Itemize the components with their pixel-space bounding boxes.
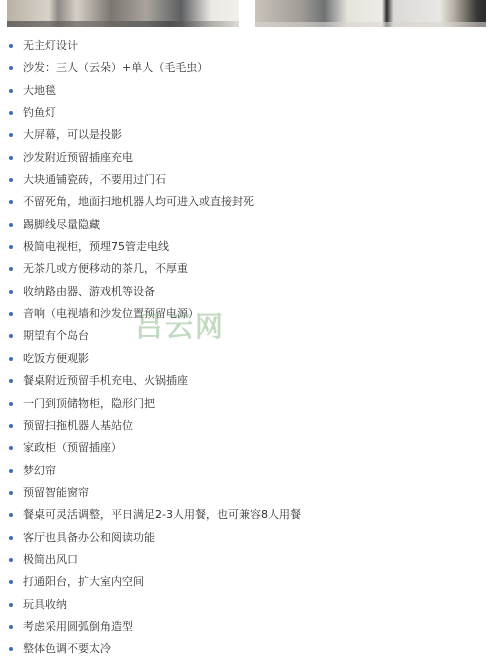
- list-item-text: 一门到顶储物柜，隐形门把: [23, 397, 155, 410]
- bullet-icon: [9, 603, 13, 607]
- living-room-photo: [7, 0, 239, 27]
- list-item: 吃饭方便观影: [0, 348, 500, 370]
- list-item-text: 期望有个岛台: [23, 329, 89, 342]
- list-item-text: 极简电视柜，预埋75管走电线: [23, 240, 169, 253]
- list-item: 音响（电视墙和沙发位置预留电源）: [0, 303, 500, 325]
- bullet-icon: [9, 446, 13, 450]
- bullet-icon: [9, 223, 13, 227]
- list-item: 打通阳台，扩大室内空间: [0, 571, 500, 593]
- list-item: 无茶几或方便移动的茶几，不厚重: [0, 258, 500, 280]
- list-item-text: 踢脚线尽量隐藏: [23, 218, 100, 231]
- list-item-text: 吃饭方便观影: [23, 352, 89, 365]
- list-item-text: 整体色调不要太冷: [23, 642, 111, 655]
- bullet-icon: [9, 89, 13, 93]
- bullet-icon: [9, 580, 13, 584]
- list-item: 考虑采用圆弧倒角造型: [0, 616, 500, 638]
- list-item-text: 无茶几或方便移动的茶几，不厚重: [23, 262, 188, 275]
- list-item-text: 收纳路由器、游戏机等设备: [23, 285, 155, 298]
- list-item: 沙发附近预留插座充电: [0, 147, 500, 169]
- bullet-icon: [9, 200, 13, 204]
- list-item: 整体色调不要太冷: [0, 638, 500, 660]
- list-item: 一门到顶储物柜，隐形门把: [0, 393, 500, 415]
- list-item-text: 音响（电视墙和沙发位置预留电源）: [23, 307, 199, 320]
- list-item-text: 梦幻帘: [23, 464, 56, 477]
- list-item-text: 钓鱼灯: [23, 106, 56, 119]
- list-item: 收纳路由器、游戏机等设备: [0, 281, 500, 303]
- list-item-text: 餐桌可灵活调整，平日满足2-3人用餐，也可兼容8人用餐: [23, 508, 301, 521]
- list-item: 餐桌附近预留手机充电、火锅插座: [0, 370, 500, 392]
- list-item: 梦幻帘: [0, 460, 500, 482]
- dining-area-photo: [255, 0, 486, 27]
- list-item: 钓鱼灯: [0, 102, 500, 124]
- bullet-icon: [9, 178, 13, 182]
- list-item: 踢脚线尽量隐藏: [0, 214, 500, 236]
- list-item-text: 考虑采用圆弧倒角造型: [23, 620, 133, 633]
- bullet-icon: [9, 402, 13, 406]
- list-item-text: 极简出风口: [23, 553, 78, 566]
- list-item-text: 餐桌附近预留手机充电、火锅插座: [23, 374, 188, 387]
- list-item-text: 无主灯设计: [23, 39, 78, 52]
- list-item-text: 不留死角，地面扫地机器人均可进入或直接封死: [23, 195, 254, 208]
- list-item-text: 沙发：三人（云朵）+单人（毛毛虫）: [23, 61, 208, 74]
- list-item: 玩具收纳: [0, 594, 500, 616]
- list-item: 极简出风口: [0, 549, 500, 571]
- list-item: 大块通铺瓷砖，不要用过门石: [0, 169, 500, 191]
- bullet-icon: [9, 469, 13, 473]
- list-item: 沙发：三人（云朵）+单人（毛毛虫）: [0, 57, 500, 79]
- bullet-icon: [9, 267, 13, 271]
- list-item-text: 沙发附近预留插座充电: [23, 151, 133, 164]
- bullet-icon: [9, 424, 13, 428]
- list-item-text: 预留智能窗帘: [23, 486, 89, 499]
- bullet-icon: [9, 312, 13, 316]
- bullet-icon: [9, 111, 13, 115]
- bullet-icon: [9, 66, 13, 70]
- list-item: 预留智能窗帘: [0, 482, 500, 504]
- list-item-text: 大屏幕，可以是投影: [23, 128, 122, 141]
- list-item-text: 大块通铺瓷砖，不要用过门石: [23, 173, 166, 186]
- bullet-icon: [9, 513, 13, 517]
- bullet-icon: [9, 156, 13, 160]
- list-item: 大地毯: [0, 80, 500, 102]
- list-item-text: 打通阳台，扩大室内空间: [23, 575, 144, 588]
- bullet-icon: [9, 290, 13, 294]
- bullet-icon: [9, 379, 13, 383]
- list-item: 预留扫拖机器人基站位: [0, 415, 500, 437]
- bullet-icon: [9, 536, 13, 540]
- list-item: 大屏幕，可以是投影: [0, 124, 500, 146]
- bullet-icon: [9, 133, 13, 137]
- list-item-text: 预留扫拖机器人基站位: [23, 419, 133, 432]
- bullet-icon: [9, 558, 13, 562]
- list-item: 期望有个岛台: [0, 325, 500, 347]
- list-item: 客厅也具备办公和阅读功能: [0, 527, 500, 549]
- bullet-icon: [9, 334, 13, 338]
- list-item-text: 客厅也具备办公和阅读功能: [23, 531, 155, 544]
- list-item-text: 玩具收纳: [23, 598, 67, 611]
- bullet-icon: [9, 491, 13, 495]
- list-item: 不留死角，地面扫地机器人均可进入或直接封死: [0, 191, 500, 213]
- list-item: 餐桌可灵活调整，平日满足2-3人用餐，也可兼容8人用餐: [0, 504, 500, 526]
- list-item-text: 家政柜（预留插座）: [23, 441, 122, 454]
- list-item: 家政柜（预留插座）: [0, 437, 500, 459]
- list-item: 无主灯设计: [0, 35, 500, 57]
- bullet-icon: [9, 625, 13, 629]
- bullet-icon: [9, 245, 13, 249]
- bullet-icon: [9, 357, 13, 361]
- bullet-icon: [9, 44, 13, 48]
- requirements-list: 无主灯设计 沙发：三人（云朵）+单人（毛毛虫） 大地毯 钓鱼灯 大屏幕，可以是投…: [0, 35, 500, 661]
- list-item-text: 大地毯: [23, 84, 56, 97]
- list-item: 极简电视柜，预埋75管走电线: [0, 236, 500, 258]
- bullet-icon: [9, 647, 13, 651]
